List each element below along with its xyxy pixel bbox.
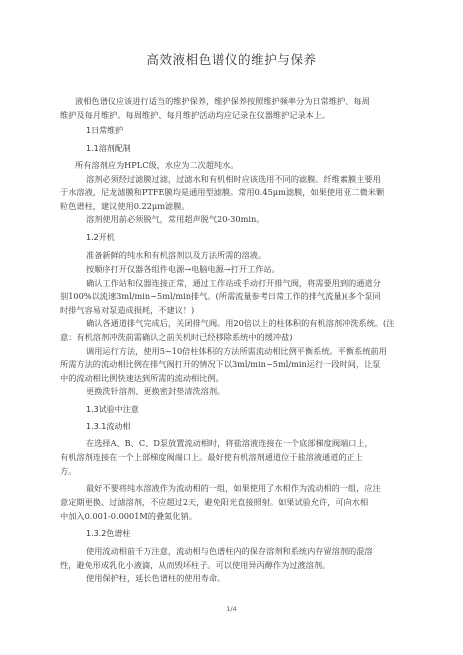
paragraph-line: 意定期更换、过滤溶剂，不应超过2天，避免阳光直接照射。如果试验允许，可向水相 [60, 497, 368, 508]
section-heading: 1.1溶剂配制 [86, 143, 131, 154]
section-heading: 1日常维护 [86, 125, 123, 136]
paragraph-line: 溶剂必须经过滤膜过滤，过滤水和有机相时应该选用不同的滤膜。纤维素膜主要用 [86, 174, 381, 185]
paragraph-line: 维护及每月维护。每周维护、每月维护活动均应记录在仪器维护记录本上。 [60, 110, 330, 121]
paragraph-line: 确认各通道排气完成后，关闭排气阀。用20倍以上的柱体积的有机溶剂冲洗系统。(注 [86, 318, 394, 329]
section-heading: 1.3试验中注意 [86, 404, 139, 415]
paragraph-line: 有机溶剂连接在一个上部梯度阀端口上。最好使有机溶剂通道位于盐溶液通道的正上 [60, 452, 363, 463]
paragraph-line: 中加入0.001-0.0001M的叠氮化钠。 [60, 511, 197, 522]
document-page: 高效液相色谱仪的维护与保养 液相色谱仪应该进行适当的维护保养，维护保养按照维护频… [0, 0, 463, 655]
paragraph-line: 意：有机溶剂冲洗前需确认之前关机时已经移除系统中的缓冲盐) [60, 332, 292, 343]
paragraph-line: 准备新鲜的纯水和有机溶剂以及方法所需的溶液。 [86, 250, 266, 261]
page-number: 1/4 [0, 605, 463, 613]
paragraph-line: 溶剂使用前必须脱气，常用超声脱气20-30min。 [86, 214, 264, 225]
paragraph-line: 在选择A、B、C、D泵放置流动相时，将盐溶液连接在一个底部梯度阀端口上， [86, 438, 373, 449]
paragraph-line: 粒色谱柱，建议使用0.22μm滤膜。 [60, 201, 190, 212]
paragraph-line: 更换洗针溶剂、更换密封垫清洗溶剂。 [86, 386, 225, 397]
paragraph-line: 所有溶剂应为HPLC级，水应为二次超纯水。 [75, 160, 239, 171]
paragraph-line: 中的流动相比例快速达到所需的流动相比例。 [60, 373, 224, 384]
paragraph-line: 使用流动相前千万注意，流动相与色谱柱内的保存溶剂和系统内存留溶剂的混溶 [86, 546, 373, 557]
paragraph-line: 确认工作站和仪器连接正常，通过工作站或手动打开排气阀，将需要用到的通道分 [86, 278, 381, 289]
paragraph-line: 所需方法的流动相比例在排气阀打开的情况下以3ml/min~5ml/min运行一段… [60, 359, 381, 370]
paragraph-line: 按顺序打开仪器各组件电源→电脑电源→打开工作站。 [86, 264, 280, 275]
document-title: 高效液相色谱仪的维护与保养 [0, 50, 463, 68]
section-heading: 1.3.1流动相 [86, 421, 130, 432]
section-heading: 1.3.2色谱柱 [86, 528, 130, 539]
paragraph-line: 最好不要将纯水溶液作为流动相的一组，如果使用了水相作为流动相的一组，应注 [86, 483, 381, 494]
paragraph-line: 于水溶液，尼龙滤膜和PTFE膜均是通用型滤膜。常用0.45μm滤膜，如果使用亚二… [60, 187, 384, 198]
paragraph-line: 别100%以流速3ml/min~5ml/min排气。(所需流量参考日常工作的排气… [60, 291, 381, 302]
paragraph-line: 方。 [60, 466, 76, 477]
paragraph-line: 性，避免形成乳化小液滴，从而毁坏柱子。可以使用异丙醇作为过渡溶剂。 [60, 560, 330, 571]
section-heading: 1.2开机 [86, 232, 115, 243]
paragraph-line: 使用保护柱，延长色谱柱的使用寿命。 [86, 573, 225, 584]
paragraph-line: 液相色谱仪应该进行适当的维护保养，维护保养按照维护频率分为日常维护、每周 [75, 96, 370, 107]
paragraph-line: 时排气容易对泵造成损耗，不建议！) [60, 305, 194, 316]
paragraph-line: 调用运行方法，使用5~10倍柱体积的方法所需流动相比例平衡系统。平衡系统前用 [86, 346, 387, 357]
